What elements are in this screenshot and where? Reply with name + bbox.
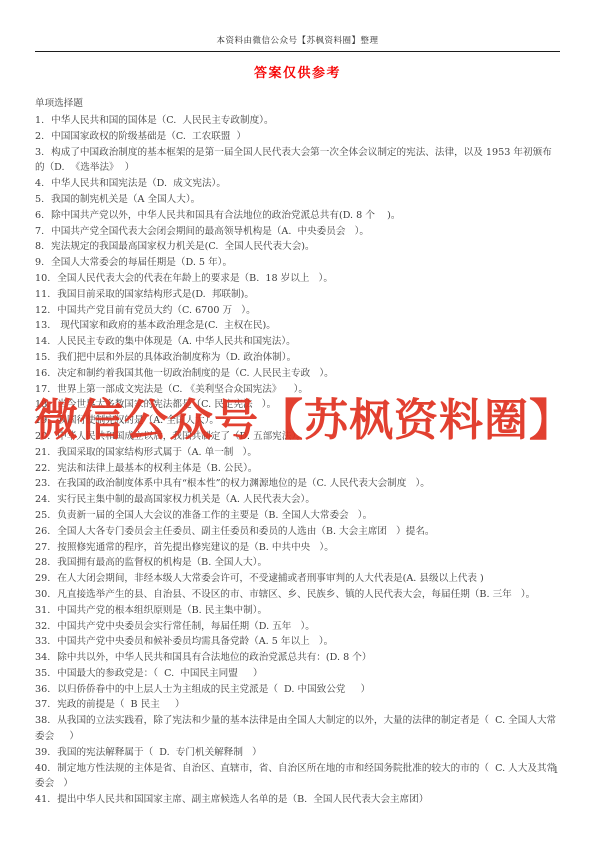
question-list: 1.中华人民共和国的国体是（C. 人民民主专政制度）。 2.中国国家政权的阶级基…: [35, 113, 560, 808]
question-item: 9.全国人大常委会的每届任期是（D. 5 年）。: [35, 255, 560, 271]
question-item: 21.我国采取的国家结构形式属于（A. 单一制 ）。: [35, 445, 560, 461]
question-text: 我们把中层和外层的具体政治制度称为（D. 政治体制）。: [57, 352, 296, 363]
question-text: 宪法和法律上最基本的权利主体是（B. 公民）。: [57, 463, 257, 474]
question-item: 1.中华人民共和国的国体是（C. 人民民主专政制度）。: [35, 113, 560, 129]
question-item: 15.我们把中层和外层的具体政治制度称为（D. 政治体制）。: [35, 350, 560, 366]
question-number: 1.: [35, 115, 44, 126]
question-item: 27.按照修宪通常的程序，首先提出修宪建议的是（B. 中共中央 ）。: [35, 540, 560, 556]
question-text: 决定和制约着我国其他一切政治制度的是（C. 人民民主专政 ）。: [57, 368, 333, 379]
question-text: 中华人民共和国的国体是（C. 人民民主专政制度）。: [51, 115, 273, 126]
question-text: 在我国的政治制度体系中具有“根本性”的权力渊源地位的是（C. 人民代表大会制度 …: [57, 478, 430, 489]
question-item: 13. 现代国家和政府的基本政治理念是(C. 主权在民)。: [35, 318, 560, 334]
question-item: 5.我国的制宪机关是（A 全国人大）。: [35, 192, 560, 208]
question-text: 构成了中国政治制度的基本框架的是第一届全国人民代表大会第一次全体会议制定的宪法、…: [35, 147, 552, 174]
question-text: 负责新一届的全国人大会议的准备工作的主要是（B. 全国人大常委会 ）。: [57, 510, 372, 521]
question-item: 31.中国共产党的根本组织原则是（B. 民主集中制）。: [35, 603, 560, 619]
question-number: 31.: [35, 605, 50, 616]
header-text: 本资料由微信公众号【苏枫资料圈】整理: [216, 36, 378, 46]
question-number: 32.: [35, 621, 50, 632]
question-text: 宪政的前提是（ B 民主 ）: [57, 699, 184, 710]
question-text: 除中国共产党以外，中华人民共和国具有合法地位的政治党派总共有(D. 8 个 )。: [51, 210, 400, 221]
question-item: 22.宪法和法律上最基本的权利主体是（B. 公民）。: [35, 461, 560, 477]
question-number: 8.: [35, 241, 44, 252]
question-text: 我国采取的国家结构形式属于（A. 单一制 ）。: [57, 447, 257, 458]
question-item: 28.我国拥有最高的监督权的机构是（B. 全国人大）。: [35, 555, 560, 571]
question-text: 中华人民共和国成立以后，我国共制定了（D. 五部宪法）。: [57, 431, 306, 442]
question-text: 中国国家政权的阶级基础是（C. 工农联盟 ）: [51, 131, 246, 142]
question-number: 30.: [35, 589, 50, 600]
question-number: 11.: [35, 289, 50, 300]
question-number: 33.: [35, 636, 50, 647]
section-label: 单项选择题: [35, 95, 560, 109]
question-text: 当今世界大多数国家的宪法都是（C. 民定宪法 ）。: [57, 399, 276, 410]
question-number: 5.: [35, 194, 44, 205]
question-number: 35.: [35, 668, 50, 679]
question-item: 11.我国目前采取的国家结构形式是(D. 邦联制)。: [35, 287, 560, 303]
question-text: 中国共产党中央委员会实行常任制，每届任期（D. 五年 ）。: [57, 621, 315, 632]
question-text: 全国人大常委会的每届任期是（D. 5 年）。: [51, 257, 232, 268]
question-number: 3.: [35, 147, 44, 158]
question-text: 我国的制宪机关是（A 全国人大）。: [51, 194, 200, 205]
question-text: 人民民主专政的集中体现是（A. 中华人民共和国宪法）。: [57, 336, 295, 347]
question-item: 41.提出中华人民共和国国家主席、副主席候选人名单的是（B. 全国人民代表大会主…: [35, 792, 560, 808]
question-item: 37.宪政的前提是（ B 民主 ）: [35, 697, 560, 713]
question-number: 7.: [35, 226, 44, 237]
page-title: 答案仅供参考: [35, 62, 560, 81]
question-item: 34.除中共以外，中华人民共和国具有合法地位的政治党派总共有：(D. 8 个）: [35, 650, 560, 666]
question-item: 12.中国共产党目前有党员大约（C. 6700 万 ）。: [35, 303, 560, 319]
question-number: 19.: [35, 415, 50, 426]
document-page: 本资料由微信公众号【苏枫资料圈】整理 答案仅供参考 单项选择题 1.中华人民共和…: [0, 0, 595, 841]
question-item: 40.制定地方性法规的主体是省、自治区、直辖市，省、自治区所在地的市和经国务院批…: [35, 761, 560, 793]
question-number: 37.: [35, 699, 50, 710]
question-item: 2.中国国家政权的阶级基础是（C. 工农联盟 ）: [35, 129, 560, 145]
question-item: 16.决定和制约着我国其他一切政治制度的是（C. 人民民主专政 ）。: [35, 366, 560, 382]
question-text: 中国共产党全国代表大会闭会期间的最高领导机构是（A. 中央委员会 ）。: [51, 226, 369, 237]
question-text: 现代国家和政府的基本政治理念是(C. 主权在民)。: [57, 320, 276, 331]
question-item: 3.构成了中国政治制度的基本框架的是第一届全国人民代表大会第一次全体会议制定的宪…: [35, 145, 560, 177]
question-item: 18.当今世界大多数国家的宪法都是（C. 民定宪法 ）。: [35, 397, 560, 413]
question-number: 13.: [35, 320, 50, 331]
question-number: 14.: [35, 336, 50, 347]
question-text: 在人大闭会期间，非经本级人大常委会许可，不受逮捕或者刑事审判的人大代表是(A. …: [57, 573, 484, 584]
question-number: 2.: [35, 131, 44, 142]
question-number: 34.: [35, 652, 50, 663]
question-item: 39.我国的宪法解释属于（ D. 专门机关解释制 ）: [35, 745, 560, 761]
question-text: 实行民主集中制的最高国家权力机关是（A. 人民代表大会）。: [57, 494, 315, 505]
question-number: 38.: [35, 715, 50, 726]
question-text: 以归侨侨眷中的中上层人士为主组成的民主党派是（ D. 中国致公党 ）: [57, 684, 370, 695]
question-item: 26.全国人大各专门委员会主任委员、副主任委员和委员的人选由（B. 大会主席团 …: [35, 524, 560, 540]
question-item: 4.中华人民共和国宪法是（D. 成文宪法）。: [35, 176, 560, 192]
question-number: 21.: [35, 447, 50, 458]
question-item: 19.我国行使制宪权的是（A. 全国人大）。: [35, 413, 560, 429]
question-number: 24.: [35, 494, 50, 505]
question-item: 14.人民民主专政的集中体现是（A. 中华人民共和国宪法）。: [35, 334, 560, 350]
question-number: 4.: [35, 178, 44, 189]
question-item: 33.中国共产党中央委员和候补委员均需具备党龄（A. 5 年以上 ）。: [35, 634, 560, 650]
question-number: 16.: [35, 368, 50, 379]
question-text: 按照修宪通常的程序，首先提出修宪建议的是（B. 中共中央 ）。: [57, 542, 334, 553]
question-number: 36.: [35, 684, 50, 695]
question-item: 7.中国共产党全国代表大会闭会期间的最高领导机构是（A. 中央委员会 ）。: [35, 224, 560, 240]
question-text: 中国共产党目前有党员大约（C. 6700 万 ）。: [57, 305, 255, 316]
question-number: 9.: [35, 257, 44, 268]
question-text: 宪法规定的我国最高国家权力机关是(C. 全国人民代表大会)。: [51, 241, 314, 252]
question-number: 26.: [35, 526, 50, 537]
question-item: 25.负责新一届的全国人大会议的准备工作的主要是（B. 全国人大常委会 ）。: [35, 508, 560, 524]
question-text: 凡直接选举产生的县、自治县、不设区的市、市辖区、乡、民族乡、镇的人民代表大会，每…: [57, 589, 535, 600]
question-number: 29.: [35, 573, 50, 584]
question-text: 制定地方性法规的主体是省、自治区、直辖市，省、自治区所在地的市和经国务院批准的较…: [35, 763, 556, 790]
question-item: 36.以归侨侨眷中的中上层人士为主组成的民主党派是（ D. 中国致公党 ）: [35, 682, 560, 698]
question-number: 12.: [35, 305, 50, 316]
question-text: 中华人民共和国宪法是（D. 成文宪法）。: [51, 178, 226, 189]
question-text: 中国最大的参政党是：（ C. 中国民主同盟 ）: [57, 668, 262, 679]
question-number: 20.: [35, 431, 50, 442]
question-item: 32.中国共产党中央委员会实行常任制，每届任期（D. 五年 ）。: [35, 619, 560, 635]
question-number: 18.: [35, 399, 50, 410]
question-text: 我国的宪法解释属于（ D. 专门机关解释制 ）: [57, 747, 261, 758]
question-number: 15.: [35, 352, 50, 363]
question-item: 20.中华人民共和国成立以后，我国共制定了（D. 五部宪法）。: [35, 429, 560, 445]
page-header: 本资料由微信公众号【苏枫资料圈】整理: [35, 0, 560, 52]
question-text: 我国行使制宪权的是（A. 全国人大）。: [57, 415, 219, 426]
page-number: 1: [553, 766, 559, 776]
question-number: 28.: [35, 557, 50, 568]
question-item: 10.全国人民代表大会的代表在年龄上的要求是（B. 18 岁以上 ）。: [35, 271, 560, 287]
question-number: 40.: [35, 763, 50, 774]
question-number: 10.: [35, 273, 50, 284]
question-text: 中国共产党的根本组织原则是（B. 民主集中制）。: [57, 605, 267, 616]
question-item: 35.中国最大的参政党是：（ C. 中国民主同盟 ）: [35, 666, 560, 682]
question-text: 世界上第一部成文宪法是（C. 《美利坚合众国宪法》 ）。: [57, 384, 308, 395]
question-item: 23.在我国的政治制度体系中具有“根本性”的权力渊源地位的是（C. 人民代表大会…: [35, 476, 560, 492]
question-item: 24.实行民主集中制的最高国家权力机关是（A. 人民代表大会）。: [35, 492, 560, 508]
question-text: 全国人大各专门委员会主任委员、副主任委员和委员的人选由（B. 大会主席团 ）提名…: [57, 526, 434, 537]
question-number: 22.: [35, 463, 50, 474]
question-item: 38.从我国的立法实践看，除了宪法和少量的基本法律是由全国人大制定的以外，大量的…: [35, 713, 560, 745]
question-item: 30.凡直接选举产生的县、自治县、不设区的市、市辖区、乡、民族乡、镇的人民代表大…: [35, 587, 560, 603]
question-text: 我国目前采取的国家结构形式是(D. 邦联制)。: [57, 289, 254, 300]
question-number: 25.: [35, 510, 50, 521]
question-item: 29.在人大闭会期间，非经本级人大常委会许可，不受逮捕或者刑事审判的人大代表是(…: [35, 571, 560, 587]
question-number: 41.: [35, 794, 50, 805]
question-text: 我国拥有最高的监督权的机构是（B. 全国人大）。: [57, 557, 267, 568]
question-text: 除中共以外，中华人民共和国具有合法地位的政治党派总共有：(D. 8 个）: [57, 652, 371, 663]
question-text: 中国共产党中央委员和候补委员均需具备党龄（A. 5 年以上 ）。: [57, 636, 333, 647]
question-number: 23.: [35, 478, 50, 489]
question-item: 6.除中国共产党以外，中华人民共和国具有合法地位的政治党派总共有(D. 8 个 …: [35, 208, 560, 224]
question-number: 6.: [35, 210, 44, 221]
question-number: 17.: [35, 384, 50, 395]
question-item: 17.世界上第一部成文宪法是（C. 《美利坚合众国宪法》 ）。: [35, 382, 560, 398]
question-number: 27.: [35, 542, 50, 553]
question-number: 39.: [35, 747, 50, 758]
question-text: 提出中华人民共和国国家主席、副主席候选人名单的是（B. 全国人民代表大会主席团）: [57, 794, 428, 805]
question-item: 8.宪法规定的我国最高国家权力机关是(C. 全国人民代表大会)。: [35, 239, 560, 255]
question-text: 全国人民代表大会的代表在年龄上的要求是（B. 18 岁以上 ）。: [57, 273, 333, 284]
question-text: 从我国的立法实践看，除了宪法和少量的基本法律是由全国人大制定的以外，大量的法律的…: [35, 715, 556, 742]
